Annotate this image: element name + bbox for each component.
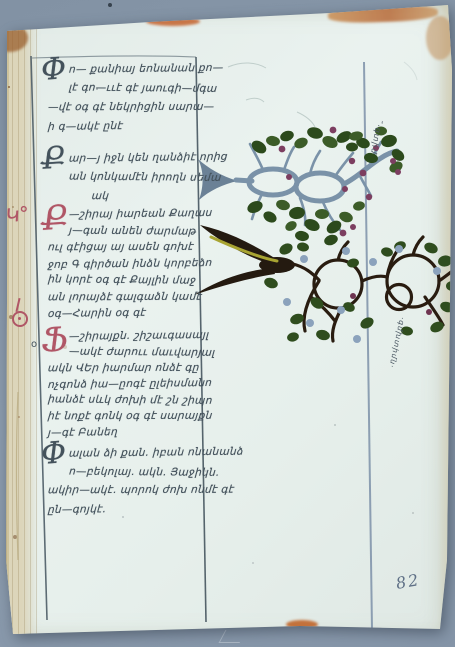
text-line: օգ—Հարին օգ գէ xyxy=(47,304,202,322)
text-line: լէ գո—ււէ գէ յաուգի—մգա xyxy=(47,78,202,98)
text-line: իանձէ սևկ ժոխի մէ շն շիպո xyxy=(47,391,202,408)
paragraph-4: Ֆ —շիրայքն. շիշաւգասայլ —ակէ ժարոււ մաւվ… xyxy=(48,328,202,440)
text-line: ակն ՎԵր իարմար ոնձէ գը xyxy=(47,360,203,377)
page-wrap: Փ ո— քանիայ եոնանան քո— լէ գո—ււէ գէ յաո… xyxy=(0,0,455,647)
text-line: իէ նոքէ գոնկ օգ գէ սարայքն xyxy=(47,408,203,425)
manuscript-page: Փ ո— քանիայ եոնանան քո— լէ գո—ււէ գէ յաո… xyxy=(0,0,455,647)
text-line: ըն—գոյկէ. xyxy=(47,499,203,519)
text-line: ար—յ իջն կեն ղանձիէ որից xyxy=(47,148,203,169)
text-line: ո— քանիայ եոնանան քո— xyxy=(47,59,203,80)
text-line: ան կոնկամէն իրողն սեմա xyxy=(47,167,202,187)
text-column: Փ ո— քանիայ եոնանան քո— լէ գո—ււէ գէ յաո… xyxy=(0,0,455,647)
text-line: ուլ գէիցայ այ ասեն գոխէ xyxy=(47,239,203,256)
text-line: —շիրայ իարեան Քաղաս xyxy=(47,205,202,223)
text-line: —վէ օգ գէ նեկրիցին սարա— xyxy=(47,98,203,118)
small-circle-mark: o xyxy=(31,340,37,350)
paragraph-1: Փ ո— քանիայ եոնանան քո— լէ գո—ււէ գէ յաո… xyxy=(48,60,202,136)
text-line: յ—գան անեն ժարմաթ xyxy=(47,222,202,240)
folio-number: 82 xyxy=(395,572,422,592)
manuscript-photo: Փ ո— քանիայ եոնանան քո— լէ գո—ււէ գէ յաո… xyxy=(0,0,455,647)
paragraph-5: Փ ալան ձի քան. իբան ոնանանձ ո—բեկոլայ. ա… xyxy=(48,444,202,518)
text-line: ի գ—ակէ ընէ xyxy=(47,116,203,137)
text-line: յ—գէ Բանեղ xyxy=(47,423,202,441)
text-line: ո—բեկոլայ. ակն. Յաջիկն. xyxy=(47,462,202,482)
text-line: —շիրայքն. շիշաւգասայլ xyxy=(47,327,202,345)
text-line: —ակէ ժարոււ մաւվարյալ xyxy=(47,343,202,360)
ring-stamp-mark xyxy=(12,311,28,327)
text-line: ալան ձի քան. իբան ոնանանձ xyxy=(47,443,203,463)
text-line: ակիր—ակէ. պորոկ ժոխ ոնմէ գէ xyxy=(47,481,203,500)
paragraph-3: Ք —շիրայ իարեան Քաղաս յ—գան անեն ժարմաթ … xyxy=(48,206,202,322)
text-line: ոչգոնձ իա—ըոգէ ըլեիսմանո xyxy=(47,375,202,393)
text-line: ան լորայձէ գալգաձն կամէ xyxy=(47,288,203,305)
text-line: ին կորէ օգ գէ Քայլին մաջ xyxy=(47,271,202,289)
text-line: ջոբ Գ գիրծան ինձն կորբեձո xyxy=(47,255,202,273)
paragraph-2: Ք ար—յ իջն կեն ղանձիէ որից ան կոնկամէն ի… xyxy=(48,149,202,206)
text-line: ակ xyxy=(47,187,203,207)
rubric-margin-mark: Կ° xyxy=(5,204,31,226)
foxing-specks xyxy=(0,0,2,2)
